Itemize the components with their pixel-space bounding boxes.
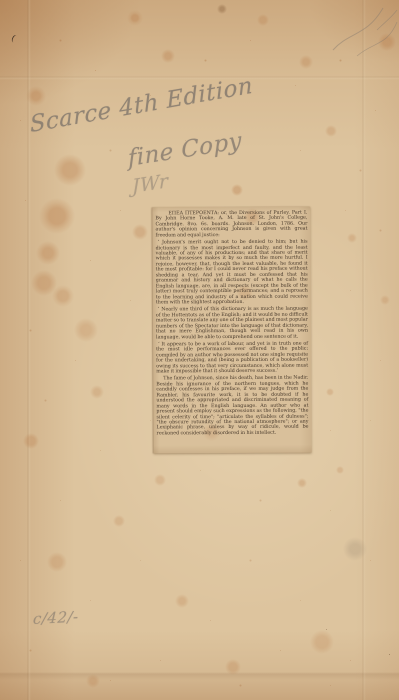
pencil-annotation-initials: JWr [132, 170, 169, 198]
clipping-paragraph-3: ‘ It appears to be a work of labour, and… [156, 341, 308, 375]
foxing-speckles [0, 0, 1, 1]
clipping-paragraph-4: The fame of Johnson, since his death, ha… [156, 376, 308, 437]
ink-fleck [11, 34, 20, 44]
pencil-annotation-fine-copy: fine Copy [127, 128, 242, 172]
pasted-review-clipping: ΕΠΕΑ ΠΤΕΡΟΕΝΤΑ: or, the Diversions of Pu… [152, 207, 311, 454]
pencil-price-code: c/42/- [33, 608, 80, 628]
clipping-heading: ΕΠΕΑ ΠΤΕΡΟΕΝΤΑ: or, the Diversions of Pu… [155, 211, 307, 239]
pencil-annotation-scarce-edition: Scarce 4th Edition [29, 73, 254, 138]
clipping-paragraph-2: ‘ Nearly one third of this dictionary is… [156, 307, 308, 341]
erased-pencil-scribble [327, 0, 399, 60]
clipping-paragraph-1: ‘ Johnson's merit ought not to be denied… [156, 240, 308, 306]
book-endpaper-page: Scarce 4th Edition fine Copy JWr ΕΠΕΑ ΠΤ… [0, 0, 399, 700]
